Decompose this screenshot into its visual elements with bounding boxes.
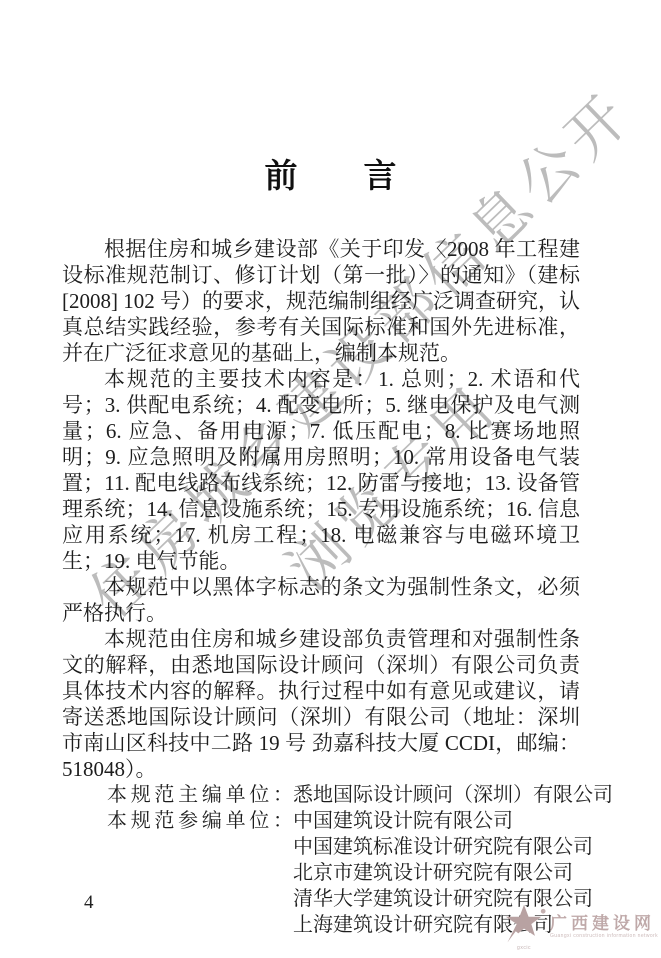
participating-unit: 中国建筑标准设计研究院有限公司 (293, 834, 593, 860)
chief-editor-unit: 悉地国际设计顾问（深圳）有限公司 (293, 782, 613, 808)
document-page: 住房城乡建设部信息公开 浏览专用 前 言 根据住房和城乡建设部《关于印发〈200… (0, 0, 661, 958)
document-body: 根据住房和城乡建设部《关于印发〈2008 年工程建设标准规范制订、修订计划（第一… (62, 236, 580, 938)
page-title: 前 言 (0, 0, 661, 194)
paragraph-administration: 本规范由住房和城乡建设部负责管理和对强制性条文的解释，由悉地国际设计顾问（深圳）… (62, 626, 580, 782)
page-number: 4 (84, 892, 94, 914)
paragraph-contents: 本规范的主要技术内容是：1. 总则；2. 术语和代号；3. 供配电系统；4. 配… (62, 366, 580, 574)
star-caption: gxcic (517, 945, 531, 951)
star-icon (501, 903, 547, 945)
paragraph-mandatory-clauses: 本规范中以黑体字标志的条文为强制性条文，必须严格执行。 (62, 574, 580, 626)
participating-editor-label: 本规范参编单位： (107, 808, 293, 834)
chief-editor-label: 本规范主编单位： (107, 782, 293, 808)
site-name: 广西建设网 (550, 914, 658, 933)
participating-unit: 北京市建筑设计研究院有限公司 (293, 860, 593, 886)
chief-editor-row: 本规范主编单位： 悉地国际设计顾问（深圳）有限公司 (107, 782, 580, 808)
site-tagline: Guangxi construction information network (550, 933, 658, 940)
participating-unit: 中国建筑设计院有限公司 (293, 808, 593, 834)
site-logo-text: 广西建设网 Guangxi construction information n… (550, 914, 658, 940)
star-logo-wrap: gxcic (501, 903, 547, 951)
site-logo: gxcic 广西建设网 Guangxi construction informa… (501, 903, 658, 951)
paragraph-basis: 根据住房和城乡建设部《关于印发〈2008 年工程建设标准规范制订、修订计划（第一… (62, 236, 580, 366)
